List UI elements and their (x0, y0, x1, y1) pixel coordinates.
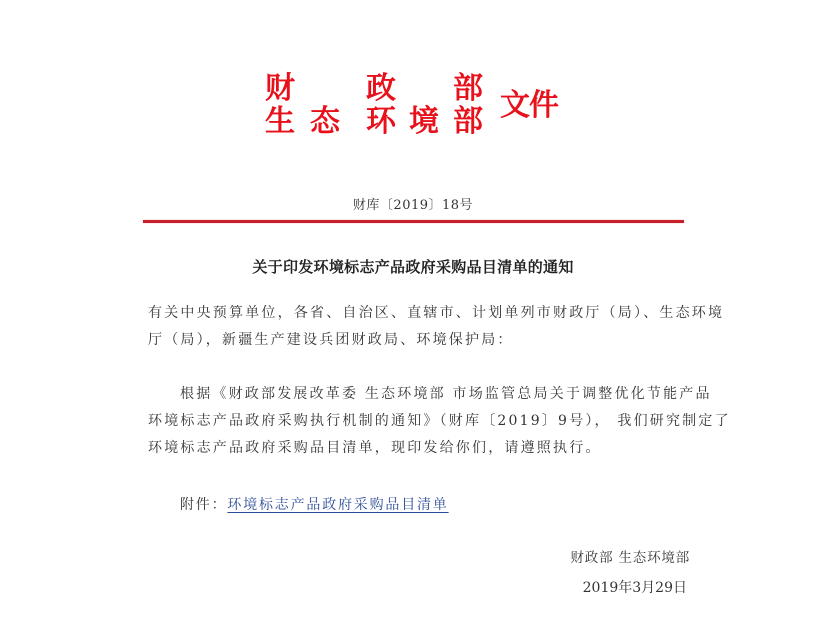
issue-date: 2019年3月29日 (583, 577, 687, 597)
addressee-line: 有关中央预算单位，各省、自治区、直辖市、计划单列市财政厅（局）、生态环境 (148, 300, 724, 327)
header-char: 生 (263, 106, 297, 138)
attachment-link[interactable]: 环境标志产品政府采购品目清单 (227, 497, 448, 513)
document-number: 财库〔2019〕18号 (0, 194, 826, 213)
issuer-signature: 财政部 生态环境部 (571, 546, 691, 566)
header-document-suffix: 文件 (500, 89, 558, 123)
red-divider-line (143, 220, 684, 223)
document-title: 关于印发环境标志产品政府采购品目清单的通知 (0, 256, 826, 277)
attachment-row: 附件：环境标志产品政府采购品目清单 (180, 494, 449, 514)
body-line-text: 根据《财政部发展改革委 生态环境部 市场监管总局关于调整优化节能产品 (180, 386, 712, 402)
header-char: 财 (263, 73, 297, 105)
addressee-paragraph: 有关中央预算单位，各省、自治区、直辖市、计划单列市财政厅（局）、生态环境 厅（局… (148, 300, 724, 354)
body-line: 环境标志产品政府采购执行机制的通知》（财库〔2019〕9号）， 我们研究制定了 (148, 408, 731, 435)
header-char: 部 (451, 73, 485, 105)
header-char: 境 (407, 106, 441, 138)
body-line: 环境标志产品政府采购品目清单，现印发给你们，请遵照执行。 (148, 435, 731, 462)
attachment-label: 附件： (180, 497, 227, 513)
body-paragraph: 根据《财政部发展改革委 生态环境部 市场监管总局关于调整优化节能产品 环境标志产… (148, 381, 731, 462)
document-page: 财 政 部 生 态 环 境 部 文件 财库〔2019〕18号 关于印发环境标志产… (0, 0, 826, 632)
header-char: 态 (308, 106, 342, 138)
header-char: 部 (451, 106, 485, 138)
header-char: 政 (364, 73, 398, 105)
addressee-line: 厅（局），新疆生产建设兵团财政局、环境保护局： (148, 327, 724, 354)
header-char: 环 (364, 106, 398, 138)
body-line: 根据《财政部发展改革委 生态环境部 市场监管总局关于调整优化节能产品 (148, 381, 731, 408)
